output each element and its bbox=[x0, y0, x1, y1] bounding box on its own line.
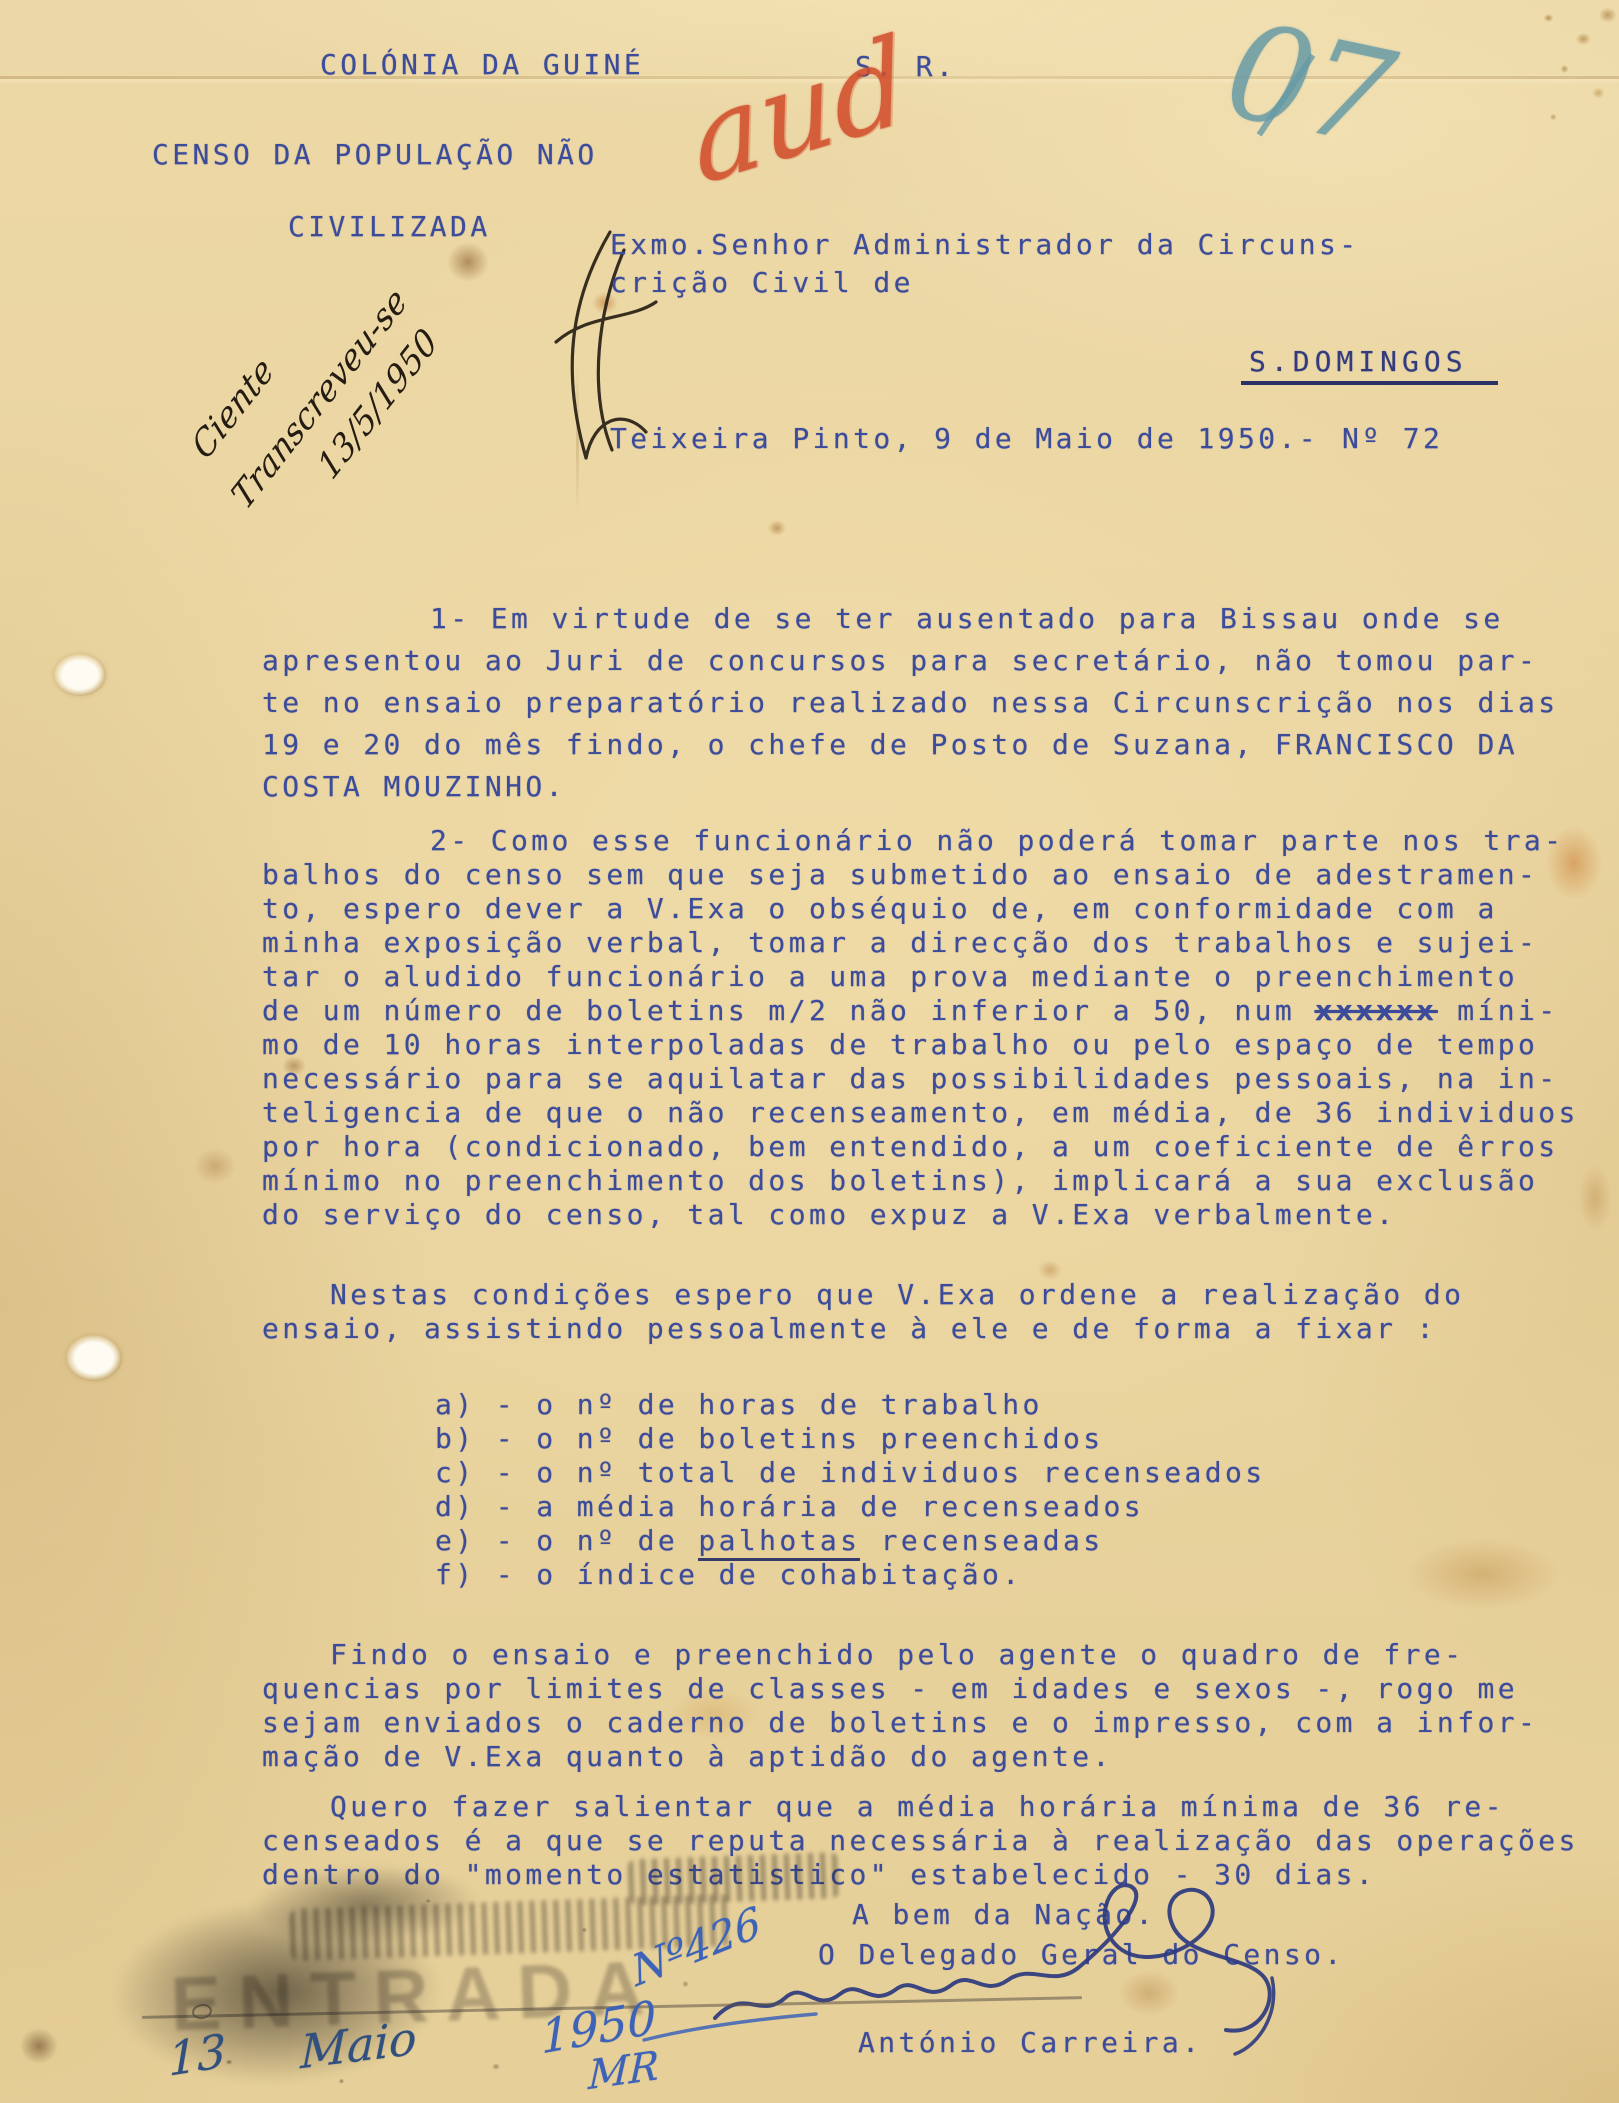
requirements-list: a) - o nº de horas de trabalhob) - o nº … bbox=[435, 1388, 1266, 1592]
typewritten-line: Findo o ensaio e preenchido pelo agente … bbox=[262, 1638, 1538, 1672]
stain-cluster bbox=[1525, 0, 1619, 150]
typewritten-line: te no ensaio preparatório realizado ness… bbox=[262, 682, 1558, 724]
list-e-post: recenseadas bbox=[860, 1524, 1103, 1557]
typewritten-line: teligencia de que o não recenseamento, e… bbox=[262, 1096, 1579, 1130]
letterhead-line-3: CIVILIZADA bbox=[288, 210, 491, 243]
typewritten-line: to, espero dever a V.Exa o obséquio de, … bbox=[262, 892, 1579, 926]
typewritten-line: Quero fazer salientar que a média horári… bbox=[262, 1790, 1579, 1824]
typewritten-line: c) - o nº total de individuos recenseado… bbox=[435, 1456, 1266, 1490]
list-e-pre: e) - o nº de bbox=[435, 1524, 698, 1557]
letterhead-line-1: COLÓNIA DA GUINÉ bbox=[320, 48, 644, 81]
typewritten-line: a) - o nº de horas de trabalho bbox=[435, 1388, 1266, 1422]
typewritten-line: 1- Em virtude de se ter ausentado para B… bbox=[262, 598, 1558, 640]
addressee-line-2: crição Civil de bbox=[610, 264, 1360, 302]
typewritten-line: sejam enviados o caderno de boletins e o… bbox=[262, 1706, 1538, 1740]
stain bbox=[768, 520, 786, 536]
scanned-letter-page: COLÓNIA DA GUINÉ CENSO DA POPULAÇÃO NÃO … bbox=[0, 0, 1619, 2103]
typewritten-line: d) - a média horária de recenseados bbox=[435, 1490, 1266, 1524]
addressee-line-1: Exmo.Senhor Administrador da Circuns- bbox=[610, 226, 1360, 264]
typewritten-line: apresentou ao Juri de concursos para sec… bbox=[262, 640, 1558, 682]
red-crayon-mark: aud bbox=[682, 10, 916, 213]
entry-date-day: 13 bbox=[168, 2023, 227, 2087]
entry-clerk-initials: MR bbox=[588, 2043, 660, 2100]
addressee-place-text: S.DOMINGOS bbox=[1241, 345, 1498, 385]
pencil-page-number: 07 bbox=[1214, 0, 1402, 177]
paragraph-2-lines-a: 2- Como esse funcionário não poderá toma… bbox=[262, 824, 1579, 994]
punch-hole bbox=[54, 654, 106, 696]
stain bbox=[194, 1148, 236, 1184]
underlined-word: palhotas bbox=[698, 1524, 860, 1561]
list-items-a-d: a) - o nº de horas de trabalhob) - o nº … bbox=[435, 1388, 1266, 1524]
typewritten-line: b) - o nº de boletins preenchidos bbox=[435, 1422, 1266, 1456]
typewritten-line: balhos do censo sem que seja submetido a… bbox=[262, 858, 1579, 892]
typewritten-line: por hora (condicionado, bem entendido, a… bbox=[262, 1130, 1579, 1164]
punch-hole bbox=[66, 1335, 122, 1381]
typewritten-line: mínimo no preenchimento dos boletins), i… bbox=[262, 1164, 1579, 1198]
letterhead-line-2: CENSO DA POPULAÇÃO NÃO bbox=[152, 138, 598, 171]
stain bbox=[1038, 1260, 1062, 1280]
typewritten-line: ensaio, assistindo pessoalmente à ele e … bbox=[262, 1312, 1464, 1346]
typewritten-line: tar o aludido funcionário a uma prova me… bbox=[262, 960, 1579, 994]
strike-line-pre: de um número de boletins m/2 não inferio… bbox=[262, 994, 1315, 1027]
addressee-block: Exmo.Senhor Administrador da Circuns- cr… bbox=[610, 226, 1360, 302]
stain bbox=[1578, 1165, 1612, 1231]
typewritten-line: quencias por limites de classes - em ida… bbox=[262, 1672, 1538, 1706]
pen-flourish bbox=[640, 2008, 820, 2048]
stain bbox=[20, 2028, 58, 2064]
paragraph-3: Nestas condições espero que V.Exa ordene… bbox=[262, 1278, 1464, 1346]
typewritten-line: COSTA MOUZINHO. bbox=[262, 766, 1558, 808]
paragraph-1: 1- Em virtude de se ter ausentado para B… bbox=[262, 598, 1558, 808]
typewritten-line: Nestas condições espero que V.Exa ordene… bbox=[262, 1278, 1464, 1312]
typewritten-line: mo de 10 horas interpoladas de trabalho … bbox=[262, 1028, 1579, 1062]
typewritten-line: minha exposição verbal, tomar a direcção… bbox=[262, 926, 1579, 960]
paragraph-2: 2- Como esse funcionário não poderá toma… bbox=[262, 824, 1579, 1232]
struck-out-word: xxxxxx bbox=[1315, 994, 1437, 1027]
dateline-number: Nº 72 bbox=[1342, 422, 1443, 456]
typewritten-line: 19 e 20 do mês findo, o chefe de Posto d… bbox=[262, 724, 1558, 766]
strike-line-post: míni- bbox=[1437, 994, 1559, 1027]
typewritten-line: 2- Como esse funcionário não poderá toma… bbox=[262, 824, 1579, 858]
list-item-e: e) - o nº de palhotas recenseadas bbox=[435, 1524, 1266, 1558]
typewritten-line: censeados é a que se reputa necessária à… bbox=[262, 1824, 1579, 1858]
typewritten-line: necessário para se aquilatar das possibi… bbox=[262, 1062, 1579, 1096]
paragraph-2-lines-b: mo de 10 horas interpoladas de trabalho … bbox=[262, 1028, 1579, 1232]
list-item-f: f) - o índice de cohabitação. bbox=[435, 1558, 1266, 1592]
addressee-place: S.DOMINGOS bbox=[1168, 312, 1498, 411]
typewritten-line-with-strikeout: de um número de boletins m/2 não inferio… bbox=[262, 994, 1579, 1028]
typewritten-line: mação de V.Exa quanto à aptidão do agent… bbox=[262, 1740, 1538, 1774]
stain bbox=[447, 242, 489, 282]
dateline-place-date: Teixeira Pinto, 9 de Maio de 1950.- bbox=[610, 422, 1319, 456]
typewritten-line: do serviço do censo, tal como expuz a V.… bbox=[262, 1198, 1579, 1232]
stain bbox=[1405, 1538, 1560, 1610]
paragraph-4: Findo o ensaio e preenchido pelo agente … bbox=[262, 1638, 1538, 1774]
